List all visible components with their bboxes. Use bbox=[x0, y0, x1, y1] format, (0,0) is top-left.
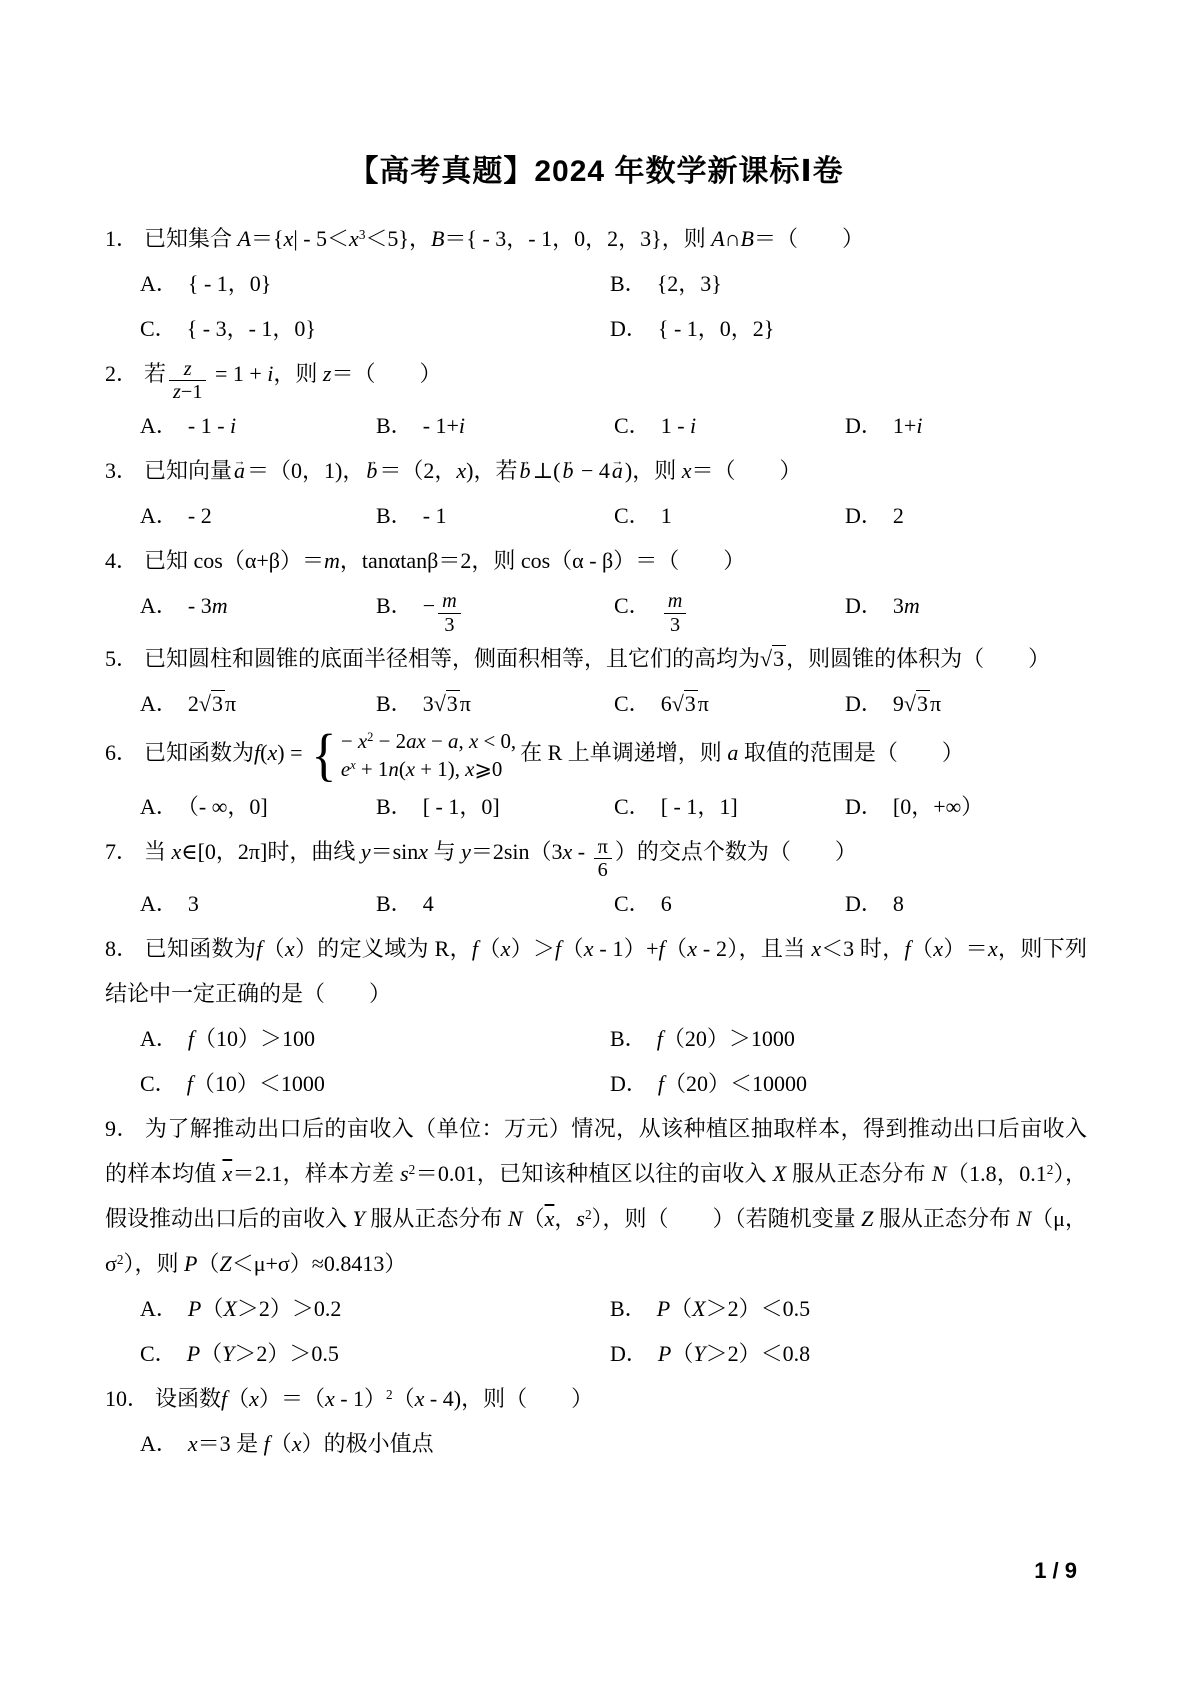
option-label: C． bbox=[140, 316, 177, 341]
superscript: 3 bbox=[359, 227, 366, 242]
square-root: √3 bbox=[434, 690, 460, 716]
vector-a: a→ bbox=[612, 448, 623, 493]
option-label: D． bbox=[845, 593, 883, 618]
math-variable: m bbox=[212, 593, 228, 618]
question-4: 4．已知 cos（α+β）＝m，tanαtanβ＝2，则 cos（α - β）＝… bbox=[105, 538, 1087, 635]
math-variable: P bbox=[187, 1341, 200, 1366]
question-3-option-C: C．1 bbox=[614, 493, 845, 538]
math-variable: x bbox=[469, 729, 478, 753]
math-variable: z bbox=[323, 361, 332, 386]
math-variable: a bbox=[727, 740, 738, 765]
math-variable: x bbox=[501, 936, 511, 961]
brace-icon: { bbox=[311, 726, 336, 784]
option-text: { - 1，0，2} bbox=[658, 316, 774, 341]
math-variable: f bbox=[657, 1026, 663, 1051]
option-text: 1 bbox=[661, 503, 672, 528]
fraction: π6 bbox=[594, 836, 612, 882]
question-number: 8． bbox=[105, 936, 139, 961]
math-variable: Z bbox=[861, 1206, 873, 1231]
option-label: C． bbox=[140, 1071, 177, 1096]
question-6-option-A: A．（- ∞，0] bbox=[140, 784, 376, 829]
question-7: 7．当 x∈[0，2π]时，曲线 y＝sinx 与 y＝2sin（3x - π6… bbox=[105, 829, 1087, 926]
option-text: f（20）＞1000 bbox=[657, 1026, 795, 1051]
math-variable: f bbox=[256, 936, 262, 961]
math-variable: N bbox=[508, 1206, 523, 1231]
question-7-option-B: B．4 bbox=[376, 881, 614, 926]
option-text: [0，+∞） bbox=[893, 794, 983, 819]
question-7-option-D: D．8 bbox=[845, 881, 1087, 926]
superscript: 2 bbox=[409, 1162, 416, 1177]
question-3-option-A: A．- 2 bbox=[140, 493, 376, 538]
option-label: D． bbox=[845, 413, 883, 438]
mean-overline: x bbox=[222, 1161, 232, 1186]
math-variable: f bbox=[188, 1026, 194, 1051]
superscript: x bbox=[350, 758, 356, 772]
option-text: - 2 bbox=[188, 503, 212, 528]
option-label: C． bbox=[140, 1341, 177, 1366]
math-variable: x bbox=[415, 1386, 425, 1411]
fraction-numerator: m bbox=[664, 590, 687, 613]
question-8-options: A．f（10）＞100B．f（20）＞1000C．f（10）＜1000D．f（2… bbox=[140, 1016, 1087, 1106]
option-text: m3 bbox=[661, 593, 690, 618]
radical-icon: √ bbox=[760, 646, 772, 671]
option-label: C． bbox=[614, 891, 651, 916]
question-number: 1． bbox=[105, 226, 138, 251]
vector-arrow-icon: → bbox=[611, 439, 623, 484]
option-text: - 1 - i bbox=[188, 413, 236, 438]
option-label: A． bbox=[140, 593, 178, 618]
page-title: 【高考真题】2024 年数学新课标Ⅰ卷 bbox=[105, 146, 1087, 190]
option-label: A． bbox=[140, 1026, 178, 1051]
question-3-options: A．- 2B．- 1C．1D．2 bbox=[140, 493, 1087, 538]
question-number: 6． bbox=[105, 740, 138, 765]
math-variable: s bbox=[576, 1206, 585, 1231]
radicand: 3 bbox=[446, 690, 460, 716]
math-variable: x bbox=[358, 729, 367, 753]
piecewise-case: ex + 1n(x + 1), x⩾0 bbox=[341, 755, 516, 783]
question-1-options: A．{ - 1，0}B．{2，3}C．{ - 3，- 1，0}D．{ - 1，0… bbox=[140, 261, 1087, 351]
math-variable: B bbox=[431, 226, 444, 251]
radical-icon: √ bbox=[904, 691, 916, 716]
option-label: A． bbox=[140, 1431, 178, 1456]
vector-arrow-icon: → bbox=[233, 439, 245, 484]
math-variable: N bbox=[1016, 1206, 1031, 1231]
option-text: - 1 bbox=[423, 503, 447, 528]
superscript: 2 bbox=[1047, 1162, 1054, 1177]
math-variable: m bbox=[324, 548, 340, 573]
fraction: m3 bbox=[664, 590, 687, 636]
vector-b: b→ bbox=[562, 448, 573, 493]
question-7-option-A: A．3 bbox=[140, 881, 376, 926]
math-variable: x bbox=[988, 936, 998, 961]
question-9-stem: 9．为了解推动出口后的亩收入（单位：万元）情况，从该种植区抽取样本，得到推动出口… bbox=[105, 1106, 1087, 1286]
question-9-option-A: A．P（X＞2）＞0.2 bbox=[140, 1286, 610, 1331]
question-6-options: A．（- ∞，0]B．[ - 1，0]C．[ - 1，1]D．[0，+∞） bbox=[140, 784, 1087, 829]
option-text: （- ∞，0] bbox=[188, 794, 268, 819]
superscript: 2 bbox=[367, 730, 373, 744]
math-variable: P bbox=[657, 1296, 670, 1321]
question-2-option-B: B．- 1+i bbox=[376, 403, 614, 448]
math-variable: y bbox=[461, 839, 471, 864]
math-variable: s bbox=[400, 1161, 409, 1186]
question-5-option-C: C．6√3π bbox=[614, 681, 845, 726]
question-1-option-B: B．{2，3} bbox=[610, 261, 1087, 306]
math-variable: X bbox=[692, 1296, 705, 1321]
math-variable: B bbox=[741, 226, 754, 251]
fraction-denominator: z−1 bbox=[169, 381, 206, 403]
option-label: D． bbox=[845, 503, 883, 528]
math-variable: x bbox=[456, 458, 466, 483]
mean-overline: x bbox=[545, 1206, 555, 1231]
option-text: 2√3π bbox=[188, 690, 236, 716]
question-5: 5．已知圆柱和圆锥的底面半径相等，侧面积相等，且它们的高均为√3，则圆锥的体积为… bbox=[105, 636, 1087, 726]
question-5-option-B: B．3√3π bbox=[376, 681, 614, 726]
option-text: f（10）＜1000 bbox=[187, 1071, 325, 1096]
question-10-stem: 10．设函数f（x）＝（x - 1）2（x - 4)，则（ ） bbox=[105, 1376, 1087, 1421]
math-variable: i bbox=[230, 413, 236, 438]
question-7-option-C: C．6 bbox=[614, 881, 845, 926]
superscript: 2 bbox=[585, 1207, 592, 1222]
question-2: 2．若zz−1 = 1 + i，则 z＝（ ）A．- 1 - iB．- 1+iC… bbox=[105, 351, 1087, 448]
question-number: 5． bbox=[105, 646, 138, 671]
option-text: x＝3 是 f（x）的极小值点 bbox=[188, 1431, 434, 1456]
option-text: - 1+i bbox=[423, 413, 465, 438]
math-variable: i bbox=[459, 413, 465, 438]
option-text: [ - 1，1] bbox=[661, 794, 738, 819]
math-variable: x bbox=[682, 458, 692, 483]
page-number: 1 / 9 bbox=[1034, 1558, 1077, 1584]
option-text: [ - 1，0] bbox=[423, 794, 500, 819]
option-label: D． bbox=[610, 1341, 648, 1366]
square-root: √3 bbox=[904, 690, 930, 716]
option-label: D． bbox=[610, 316, 648, 341]
option-label: C． bbox=[614, 593, 651, 618]
option-label: A． bbox=[140, 1296, 178, 1321]
vector-arrow-icon: → bbox=[562, 439, 574, 484]
option-text: 2 bbox=[893, 503, 904, 528]
math-variable: x bbox=[172, 839, 182, 864]
math-variable: x bbox=[350, 758, 356, 772]
question-6-option-C: C．[ - 1，1] bbox=[614, 784, 845, 829]
fraction-denominator: 6 bbox=[594, 859, 612, 881]
radical-icon: √ bbox=[434, 691, 446, 716]
question-4-option-D: D．3m bbox=[845, 583, 1087, 635]
vector-arrow-icon: → bbox=[366, 439, 378, 484]
question-3-stem: 3．已知向量a→＝（0，1)，b→＝（2，x)，若b→⊥(b→ − 4a→)，则… bbox=[105, 448, 1087, 493]
option-label: C． bbox=[614, 413, 651, 438]
option-text: 1 - i bbox=[661, 413, 696, 438]
option-label: B． bbox=[610, 1026, 647, 1051]
math-variable: x bbox=[249, 1386, 259, 1411]
question-1-stem: 1．已知集合 A＝{x| - 5＜x3＜5}，B＝{ - 3，- 1，0，2，3… bbox=[105, 216, 1087, 261]
question-5-option-A: A．2√3π bbox=[140, 681, 376, 726]
math-variable: y bbox=[361, 839, 371, 864]
question-6-option-B: B．[ - 1，0] bbox=[376, 784, 614, 829]
option-text: P（X＞2）＞0.2 bbox=[188, 1296, 341, 1321]
question-9-options: A．P（X＞2）＞0.2B．P（X＞2）＜0.5C．P（Y＞2）＞0.5D．P（… bbox=[140, 1286, 1087, 1376]
math-variable: P bbox=[658, 1341, 671, 1366]
math-variable: X bbox=[773, 1161, 786, 1186]
math-variable: z bbox=[184, 358, 192, 380]
question-4-stem: 4．已知 cos（α+β）＝m，tanαtanβ＝2，则 cos（α - β）＝… bbox=[105, 538, 1087, 583]
math-variable: ax bbox=[406, 729, 426, 753]
option-text: P（X＞2）＜0.5 bbox=[657, 1296, 810, 1321]
question-4-option-A: A．- 3m bbox=[140, 583, 376, 635]
option-label: C． bbox=[614, 503, 651, 528]
math-variable: i bbox=[690, 413, 696, 438]
fraction: zz−1 bbox=[169, 358, 206, 404]
question-3-option-D: D．2 bbox=[845, 493, 1087, 538]
option-text: 3m bbox=[893, 593, 920, 618]
option-text: −m3 bbox=[423, 593, 464, 618]
math-variable: x bbox=[406, 757, 415, 781]
math-variable: f bbox=[264, 1431, 270, 1456]
vector-arrow-icon: → bbox=[519, 439, 531, 484]
math-variable: m bbox=[668, 590, 683, 612]
option-text: f（20）＜10000 bbox=[658, 1071, 807, 1096]
math-variable: X bbox=[223, 1296, 236, 1321]
option-text: 1+i bbox=[893, 413, 923, 438]
option-label: D． bbox=[845, 891, 883, 916]
question-9-option-B: B．P（X＞2）＜0.5 bbox=[610, 1286, 1087, 1331]
question-8-stem: 8．已知函数为f（x）的定义域为 R，f（x）＞f（x - 1）+f（x - 2… bbox=[105, 926, 1087, 1016]
radical-icon: √ bbox=[672, 691, 684, 716]
question-3: 3．已知向量a→＝（0，1)，b→＝（2，x)，若b→⊥(b→ − 4a→)，则… bbox=[105, 448, 1087, 538]
square-root: √3 bbox=[672, 690, 698, 716]
question-5-stem: 5．已知圆柱和圆锥的底面半径相等，侧面积相等，且它们的高均为√3，则圆锥的体积为… bbox=[105, 636, 1087, 681]
question-2-option-C: C．1 - i bbox=[614, 403, 845, 448]
fraction-numerator: z bbox=[169, 358, 206, 381]
radical-icon: √ bbox=[199, 691, 211, 716]
math-variable: A bbox=[238, 226, 251, 251]
fraction-numerator: m bbox=[438, 590, 461, 613]
option-label: B． bbox=[376, 691, 413, 716]
question-2-option-D: D．1+i bbox=[845, 403, 1087, 448]
math-variable: z bbox=[173, 381, 181, 403]
math-variable: f bbox=[659, 936, 665, 961]
math-variable: Z bbox=[219, 1251, 231, 1276]
math-variable: e bbox=[341, 757, 350, 781]
question-number: 10． bbox=[105, 1386, 149, 1411]
math-variable: Y bbox=[222, 1341, 234, 1366]
question-2-stem: 2．若zz−1 = 1 + i，则 z＝（ ） bbox=[105, 351, 1087, 403]
math-variable: x bbox=[325, 1386, 335, 1411]
option-label: A． bbox=[140, 503, 178, 528]
option-label: D． bbox=[610, 1071, 648, 1096]
option-text: { - 1，0} bbox=[188, 271, 271, 296]
question-8-option-B: B．f（20）＞1000 bbox=[610, 1016, 1087, 1061]
math-variable: x bbox=[584, 936, 594, 961]
question-1-option-D: D．{ - 1，0，2} bbox=[610, 306, 1087, 351]
option-label: A． bbox=[140, 413, 178, 438]
question-4-option-B: B．−m3 bbox=[376, 583, 614, 635]
piecewise-function: {− x2 − 2ax − a, x < 0,ex + 1n(x + 1), x… bbox=[310, 726, 516, 784]
fraction-denominator: 3 bbox=[438, 614, 461, 636]
math-variable: x bbox=[292, 1431, 302, 1456]
option-label: B． bbox=[376, 593, 413, 618]
option-text: 3√3π bbox=[423, 690, 471, 716]
option-text: {2，3} bbox=[657, 271, 722, 296]
question-list: 1．已知集合 A＝{x| - 5＜x3＜5}，B＝{ - 3，- 1，0，2，3… bbox=[105, 216, 1087, 1466]
question-8: 8．已知函数为f（x）的定义域为 R，f（x）＞f（x - 1）+f（x - 2… bbox=[105, 926, 1087, 1106]
question-7-stem: 7．当 x∈[0，2π]时，曲线 y＝sinx 与 y＝2sin（3x - π6… bbox=[105, 829, 1087, 881]
math-variable: P bbox=[188, 1296, 201, 1321]
option-label: B． bbox=[376, 503, 413, 528]
question-number: 4． bbox=[105, 548, 138, 573]
square-root: √3 bbox=[760, 645, 786, 671]
question-number: 3． bbox=[105, 458, 138, 483]
math-variable: i bbox=[267, 361, 273, 386]
option-label: A． bbox=[140, 794, 178, 819]
question-8-option-A: A．f（10）＞100 bbox=[140, 1016, 610, 1061]
radicand: 3 bbox=[684, 690, 698, 716]
math-variable: x bbox=[687, 936, 697, 961]
math-variable: i bbox=[916, 413, 922, 438]
option-text: P（Y＞2）＞0.5 bbox=[187, 1341, 339, 1366]
question-2-option-A: A．- 1 - i bbox=[140, 403, 376, 448]
math-variable: x bbox=[349, 226, 359, 251]
math-variable: m bbox=[442, 590, 457, 612]
math-variable: f bbox=[472, 936, 478, 961]
option-label: C． bbox=[614, 794, 651, 819]
question-4-option-C: C．m3 bbox=[614, 583, 845, 635]
math-variable: x bbox=[465, 757, 474, 781]
math-variable: f bbox=[555, 936, 561, 961]
question-10: 10．设函数f（x）＝（x - 1）2（x - 4)，则（ ）A．x＝3 是 f… bbox=[105, 1376, 1087, 1466]
math-variable: A bbox=[711, 226, 724, 251]
piecewise-cases: − x2 − 2ax − a, x < 0,ex + 1n(x + 1), x⩾… bbox=[341, 727, 516, 783]
math-variable: x bbox=[418, 839, 428, 864]
option-text: 6√3π bbox=[661, 690, 709, 716]
option-text: 6 bbox=[661, 891, 672, 916]
option-text: 9√3π bbox=[893, 690, 941, 716]
question-8-option-C: C．f（10）＜1000 bbox=[140, 1061, 610, 1106]
option-text: - 3m bbox=[188, 593, 228, 618]
fraction: m3 bbox=[438, 590, 461, 636]
question-number: 9． bbox=[105, 1116, 139, 1141]
question-5-option-D: D．9√3π bbox=[845, 681, 1087, 726]
option-label: C． bbox=[614, 691, 651, 716]
question-8-option-D: D．f（20）＜10000 bbox=[610, 1061, 1087, 1106]
question-6: 6．已知函数为f(x) = {− x2 − 2ax − a, x < 0,ex … bbox=[105, 726, 1087, 829]
question-6-stem: 6．已知函数为f(x) = {− x2 − 2ax − a, x < 0,ex … bbox=[105, 726, 1087, 784]
math-variable: f bbox=[658, 1071, 664, 1096]
math-variable: x bbox=[267, 740, 277, 765]
math-variable: a bbox=[448, 729, 458, 753]
option-label: B． bbox=[376, 891, 413, 916]
option-text: 4 bbox=[423, 891, 434, 916]
question-1-option-C: C．{ - 3，- 1，0} bbox=[140, 306, 610, 351]
math-variable: x bbox=[563, 839, 573, 864]
fraction-denominator: 3 bbox=[664, 614, 687, 636]
question-7-options: A．3B．4C．6D．8 bbox=[140, 881, 1087, 926]
math-variable: x bbox=[284, 226, 294, 251]
option-label: B． bbox=[610, 271, 647, 296]
math-variable: x bbox=[811, 936, 821, 961]
option-label: B． bbox=[610, 1296, 647, 1321]
superscript: 2 bbox=[117, 1252, 124, 1267]
math-variable: f bbox=[187, 1071, 193, 1096]
radicand: 3 bbox=[211, 690, 225, 716]
option-label: D． bbox=[845, 794, 883, 819]
vector-a: a→ bbox=[234, 448, 245, 493]
fraction-numerator: π bbox=[594, 836, 612, 859]
math-variable: Y bbox=[353, 1206, 365, 1231]
option-text: { - 3，- 1，0} bbox=[187, 316, 316, 341]
math-variable: f bbox=[221, 1386, 227, 1411]
math-variable: f bbox=[254, 740, 260, 765]
math-variable: Y bbox=[693, 1341, 705, 1366]
question-9: 9．为了解推动出口后的亩收入（单位：万元）情况，从该种植区抽取样本，得到推动出口… bbox=[105, 1106, 1087, 1376]
question-5-options: A．2√3πB．3√3πC．6√3πD．9√3π bbox=[140, 681, 1087, 726]
option-label: D． bbox=[845, 691, 883, 716]
question-number: 7． bbox=[105, 839, 138, 864]
math-variable: x bbox=[188, 1431, 198, 1456]
radicand: 3 bbox=[916, 690, 930, 716]
question-number: 2． bbox=[105, 361, 138, 386]
question-3-option-B: B．- 1 bbox=[376, 493, 614, 538]
option-label: A． bbox=[140, 691, 178, 716]
math-variable: P bbox=[184, 1251, 197, 1276]
question-1-option-A: A．{ - 1，0} bbox=[140, 261, 610, 306]
question-9-option-C: C．P（Y＞2）＞0.5 bbox=[140, 1331, 610, 1376]
option-label: B． bbox=[376, 794, 413, 819]
math-variable: N bbox=[932, 1161, 947, 1186]
math-variable: x bbox=[285, 936, 295, 961]
question-4-options: A．- 3mB．−m3C．m3D．3m bbox=[140, 583, 1087, 635]
question-10-options: A．x＝3 是 f（x）的极小值点 bbox=[140, 1421, 1087, 1466]
option-label: A． bbox=[140, 271, 178, 296]
question-9-option-D: D．P（Y＞2）＜0.8 bbox=[610, 1331, 1087, 1376]
option-text: 3 bbox=[188, 891, 199, 916]
option-text: P（Y＞2）＜0.8 bbox=[658, 1341, 810, 1366]
vector-b: b→ bbox=[366, 448, 377, 493]
exam-content: 【高考真题】2024 年数学新课标Ⅰ卷 1．已知集合 A＝{x| - 5＜x3＜… bbox=[105, 146, 1087, 1466]
vector-b: b→ bbox=[519, 448, 530, 493]
math-variable: f bbox=[905, 936, 911, 961]
question-6-option-D: D．[0，+∞） bbox=[845, 784, 1087, 829]
option-label: A． bbox=[140, 891, 178, 916]
question-10-option-A: A．x＝3 是 f（x）的极小值点 bbox=[140, 1421, 1087, 1466]
square-root: √3 bbox=[199, 690, 225, 716]
piecewise-case: − x2 − 2ax − a, x < 0, bbox=[341, 727, 516, 755]
superscript: 2 bbox=[386, 1387, 393, 1402]
question-1: 1．已知集合 A＝{x| - 5＜x3＜5}，B＝{ - 3，- 1，0，2，3… bbox=[105, 216, 1087, 351]
math-variable: m bbox=[904, 593, 920, 618]
document-page: 【高考真题】2024 年数学新课标Ⅰ卷 1．已知集合 A＝{x| - 5＜x3＜… bbox=[0, 0, 1191, 1684]
radicand: 3 bbox=[772, 645, 786, 671]
option-text: 8 bbox=[893, 891, 904, 916]
option-label: B． bbox=[376, 413, 413, 438]
option-text: f（10）＞100 bbox=[188, 1026, 315, 1051]
math-variable: x bbox=[933, 936, 943, 961]
math-variable: n bbox=[388, 757, 398, 781]
